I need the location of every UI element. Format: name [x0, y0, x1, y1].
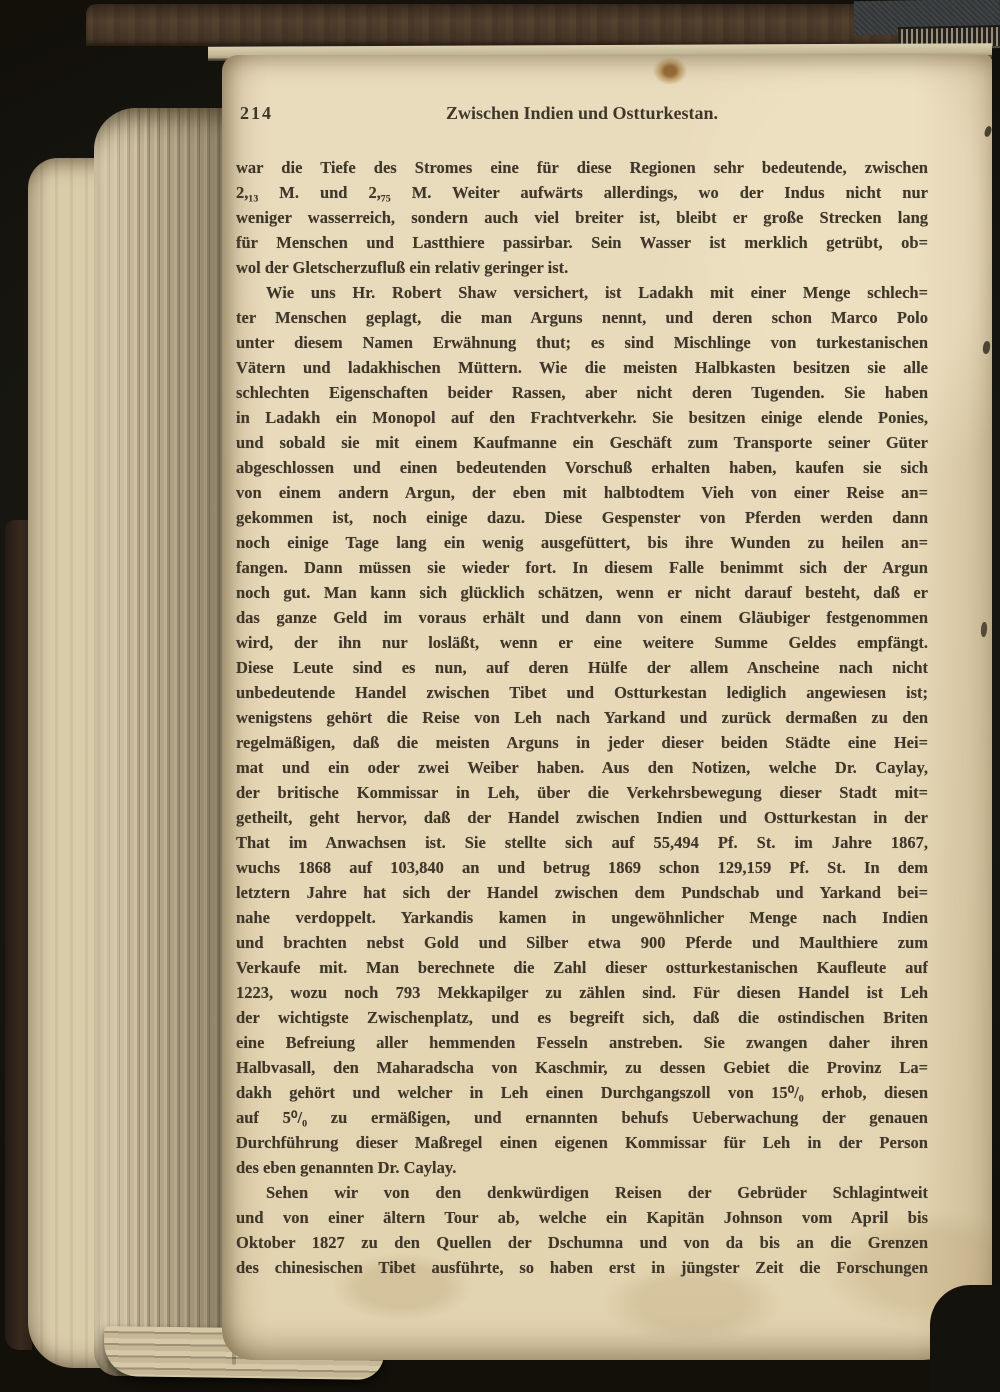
- text-line: für Menschen und Lastthiere passirbar. S…: [236, 230, 928, 255]
- text-line: Halbvasall, den Maharadscha von Kaschmir…: [236, 1055, 928, 1080]
- text-line: regelmäßigen, daß die meisten Arguns in …: [236, 730, 928, 755]
- text-line: auf 5⁰/₀ zu ermäßigen, und ernannten beh…: [236, 1105, 928, 1130]
- text-line: mat und ein oder zwei Weiber haben. Aus …: [236, 755, 928, 780]
- text-line: der wichtigste Zwischenplatz, und es beg…: [236, 1005, 928, 1030]
- photo-background: 214 Zwischen Indien und Ostturkestan. wa…: [0, 0, 1000, 1392]
- text-line: Diese Leute sind es nun, auf deren Hülfe…: [236, 655, 928, 680]
- book-page: 214 Zwischen Indien und Ostturkestan. wa…: [222, 55, 992, 1360]
- text-line: schlechten Eigenschaften beider Rassen, …: [236, 380, 928, 405]
- text-line: wuchs 1868 auf 103,840 an und betrug 186…: [236, 855, 928, 880]
- text-line: Durchführung dieser Maßregel einen eigen…: [236, 1130, 928, 1155]
- text-line: letztern Jahre hat sich der Handel zwisc…: [236, 880, 928, 905]
- text-line: war die Tiefe des Stromes eine für diese…: [236, 155, 928, 180]
- text-line: noch einige Tage lang ein wenig ausgefüt…: [236, 530, 928, 555]
- text-line: noch gut. Man kann sich glücklich schätz…: [236, 580, 928, 605]
- text-line: That im Anwachsen ist. Sie stellte sich …: [236, 830, 928, 855]
- text-line: getheilt, geht hervor, daß der Handel zw…: [236, 805, 928, 830]
- text-line: wenigstens gehört die Reise von Leh nach…: [236, 705, 928, 730]
- text-line: eine Befreiung aller hemmenden Fesseln a…: [236, 1030, 928, 1055]
- text-line: Wie uns Hr. Robert Shaw versichert, ist …: [236, 280, 928, 305]
- text-line: unter diesem Namen Erwähnung thut; es si…: [236, 330, 928, 355]
- page-body: war die Tiefe des Stromes eine für diese…: [236, 155, 928, 1280]
- text-line: Oktober 1827 zu den Quellen der Dschumna…: [236, 1230, 928, 1255]
- text-line: wird, der ihn nur losläßt, wenn er eine …: [236, 630, 928, 655]
- text-line: des chinesischen Tibet ausführte, so hab…: [236, 1255, 928, 1280]
- text-line: weniger wasserreich, sondern auch viel b…: [236, 205, 928, 230]
- text-line: Sehen wir von den denkwürdigen Reisen de…: [236, 1180, 928, 1205]
- text-line: von einem andern Argun, der eben mit hal…: [236, 480, 928, 505]
- text-line: dakh gehört und welcher in Leh einen Dur…: [236, 1080, 928, 1105]
- running-header: Zwischen Indien und Ostturkestan.: [236, 103, 928, 124]
- text-line: das ganze Geld im voraus erhält und dann…: [236, 605, 928, 630]
- text-line: unbedeutende Handel zwischen Tibet und O…: [236, 680, 928, 705]
- text-line: fangen. Dann müssen sie wieder fort. In …: [236, 555, 928, 580]
- background-shadow: [930, 1285, 1000, 1392]
- text-line: der britische Kommissar in Leh, über die…: [236, 780, 928, 805]
- text-line: 2,₁₃ M. und 2,₇₅ M. Weiter aufwärts alle…: [236, 180, 928, 205]
- text-line: in Ladakh ein Monopol auf den Frachtverk…: [236, 405, 928, 430]
- page-stack-fore-edge: [94, 108, 236, 1376]
- text-line: und brachten nebst Gold und Silber etwa …: [236, 930, 928, 955]
- text-line: des eben genannten Dr. Caylay.: [236, 1155, 928, 1180]
- text-line: und sobald sie mit einem Kaufmanne ein G…: [236, 430, 928, 455]
- book-cover-top-edge: [86, 4, 912, 46]
- text-line: wol der Gletscherzufluß ein relativ geri…: [236, 255, 928, 280]
- text-line: nahe verdoppelt. Yarkandis kamen in unge…: [236, 905, 928, 930]
- text-line: abgeschlossen und einen bedeutenden Vors…: [236, 455, 928, 480]
- text-line: 1223, wozu noch 793 Mekkapilger zu zähle…: [236, 980, 928, 1005]
- text-line: gekommen ist, noch einige dazu. Diese Ge…: [236, 505, 928, 530]
- text-line: Vätern und ladakhischen Müttern. Wie die…: [236, 355, 928, 380]
- text-line: Verkaufe mit. Man berechnete die Zahl di…: [236, 955, 928, 980]
- page-header: 214 Zwischen Indien und Ostturkestan.: [236, 103, 928, 129]
- text-line: ter Menschen geplagt, die man Arguns nen…: [236, 305, 928, 330]
- text-line: und von einer ältern Tour ab, welche ein…: [236, 1205, 928, 1230]
